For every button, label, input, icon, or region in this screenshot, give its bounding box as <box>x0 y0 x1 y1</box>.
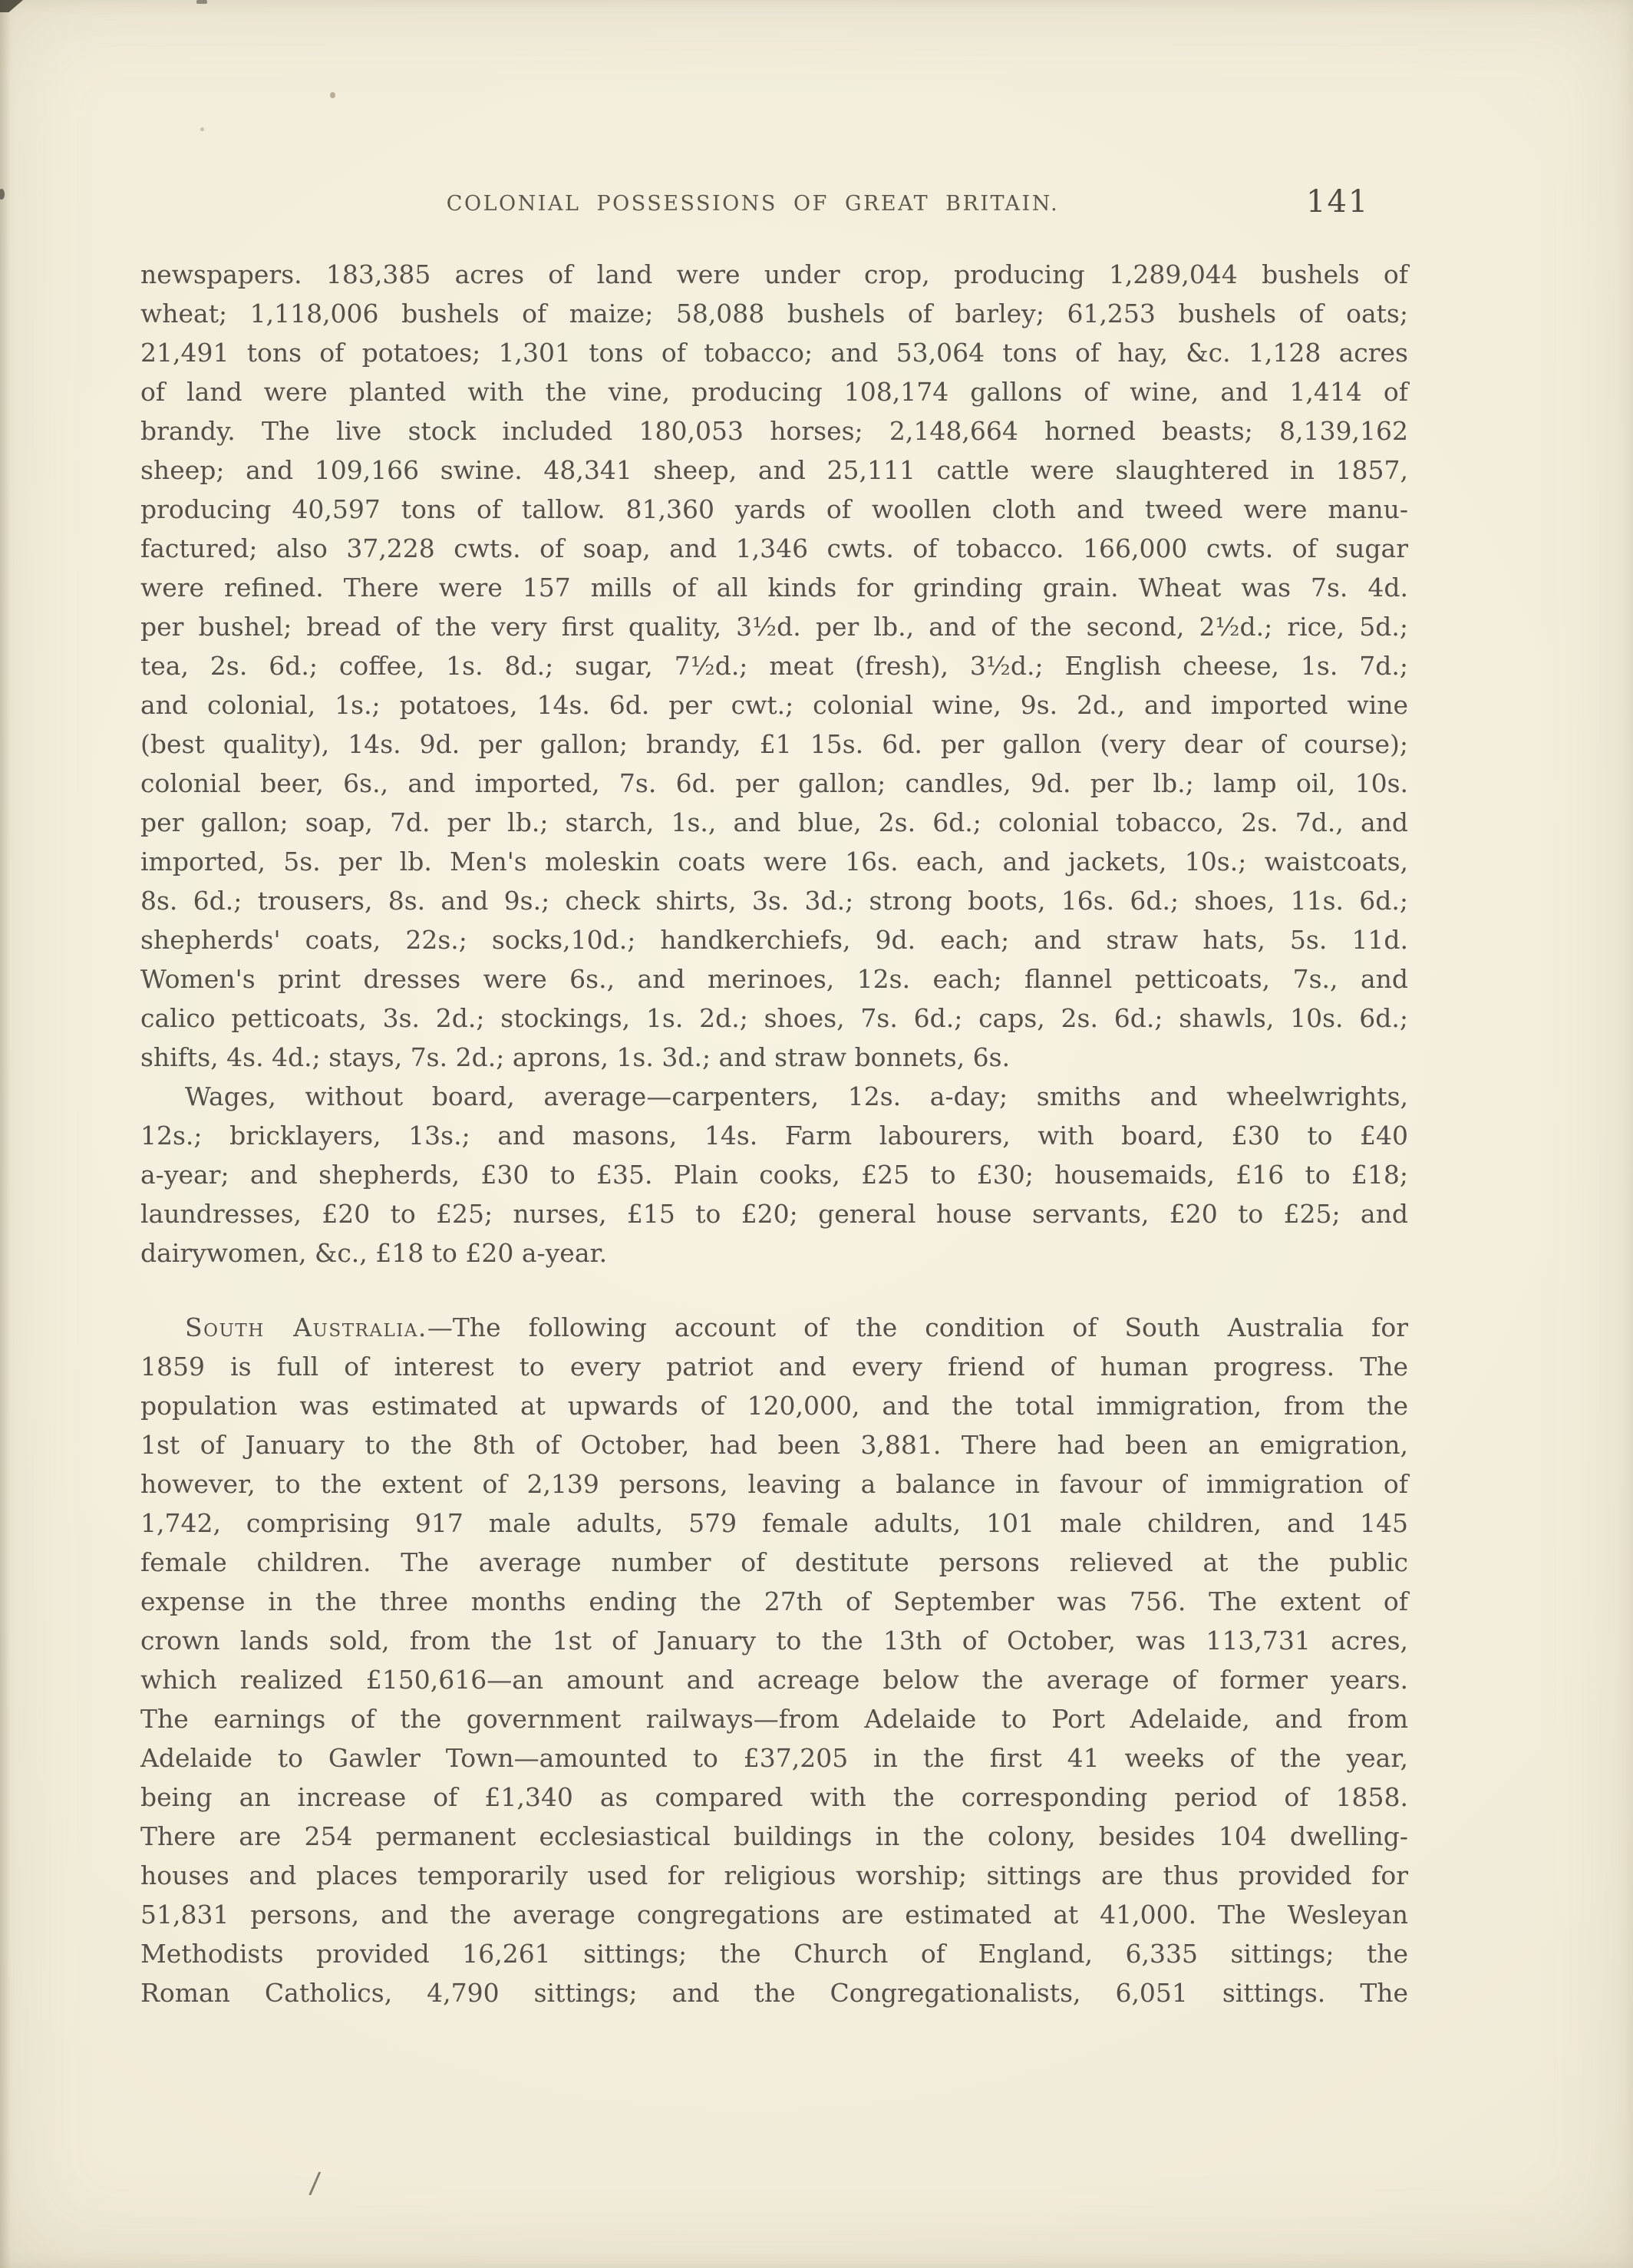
text-line: expense in the three months ending the 2… <box>140 1582 1408 1621</box>
page-number: 141 <box>1306 184 1369 220</box>
text-line: Wages, without board, average—carpenters… <box>140 1077 1408 1116</box>
text-line: Adelaide to Gawler Town—amounted to £37,… <box>140 1738 1408 1778</box>
text-line: crown lands sold, from the 1st of Januar… <box>140 1621 1408 1660</box>
text-line: 1859 is full of interest to every patrio… <box>140 1347 1408 1386</box>
text-line: 1,742, comprising 917 male adults, 579 f… <box>140 1504 1408 1543</box>
text-line: and colonial, 1s.; potatoes, 14s. 6d. pe… <box>140 685 1408 725</box>
text-line: Women's print dresses were 6s., and meri… <box>140 959 1408 999</box>
text-line: tea, 2s. 6d.; coffee, 1s. 8d.; sugar, 7½… <box>140 646 1408 685</box>
text-line: per gallon; soap, 7d. per lb.; starch, 1… <box>140 803 1408 842</box>
text-line: population was estimated at upwards of 1… <box>140 1386 1408 1425</box>
text-line: being an increase of £1,340 as compared … <box>140 1778 1408 1817</box>
text-line: calico petticoats, 3s. 2d.; stockings, 1… <box>140 999 1408 1038</box>
text-line: 21,491 tons of potatoes; 1,301 tons of t… <box>140 333 1408 372</box>
text-line: imported, 5s. per lb. Men's moleskin coa… <box>140 842 1408 881</box>
text-line: There are 254 permanent ecclesiastical b… <box>140 1817 1408 1856</box>
handwritten-slash-mark: / <box>308 2165 322 2200</box>
paragraph: South Australia.—The following account o… <box>140 1308 1408 2012</box>
text-line: shepherds' coats, 22s.; socks,10d.; hand… <box>140 920 1408 959</box>
text-line: factured; also 37,228 cwts. of soap, and… <box>140 529 1408 568</box>
book-page-scan: / COLONIAL POSSESSIONS OF GREAT BRITAIN.… <box>0 0 1633 2268</box>
text-line: (best quality), 14s. 9d. per gallon; bra… <box>140 725 1408 764</box>
text-line: dairywomen, &c., £18 to £20 a-year. <box>140 1233 1408 1273</box>
text-line: per bushel; bread of the very first qual… <box>140 607 1408 646</box>
text-line: which realized £150,616—an amount and ac… <box>140 1660 1408 1699</box>
text-line: colonial beer, 6s., and imported, 7s. 6d… <box>140 764 1408 803</box>
text-line: The earnings of the government railways—… <box>140 1699 1408 1738</box>
text-line: laundresses, £20 to £25; nurses, £15 to … <box>140 1194 1408 1233</box>
scan-top-tick <box>196 0 207 4</box>
running-header-title: COLONIAL POSSESSIONS OF GREAT BRITAIN. <box>119 192 1387 216</box>
text-line: wheat; 1,118,006 bushels of maize; 58,08… <box>140 294 1408 333</box>
scan-speck <box>200 127 204 131</box>
paragraph: Wages, without board, average—carpenters… <box>140 1077 1408 1273</box>
text-line: newspapers. 183,385 acres of land were u… <box>140 255 1408 294</box>
text-line: of land were planted with the vine, prod… <box>140 372 1408 411</box>
section-lead-smallcaps: South Australia. <box>185 1312 427 1342</box>
text-line: Roman Catholics, 4,790 sittings; and the… <box>140 1973 1408 2012</box>
text-line: a-year; and shepherds, £30 to £35. Plain… <box>140 1155 1408 1194</box>
paragraph: newspapers. 183,385 acres of land were u… <box>140 255 1408 1077</box>
text-line: producing 40,597 tons of tallow. 81,360 … <box>140 490 1408 529</box>
text-line: 1st of January to the 8th of October, ha… <box>140 1425 1408 1464</box>
text-line: 51,831 persons, and the average congrega… <box>140 1895 1408 1934</box>
scan-corner-mark <box>0 0 23 12</box>
text-line: however, to the extent of 2,139 persons,… <box>140 1464 1408 1504</box>
text-line: were refined. There were 157 mills of al… <box>140 568 1408 607</box>
text-line: Methodists provided 16,261 sittings; the… <box>140 1934 1408 1973</box>
scan-edge-speck <box>0 189 5 200</box>
text-line: South Australia.—The following account o… <box>140 1308 1408 1347</box>
text-line: 12s.; bricklayers, 13s.; and masons, 14s… <box>140 1116 1408 1155</box>
scan-speck <box>330 92 335 98</box>
text-line: shifts, 4s. 4d.; stays, 7s. 2d.; aprons,… <box>140 1038 1408 1077</box>
text-line: female children. The average number of d… <box>140 1543 1408 1582</box>
text-line: sheep; and 109,166 swine. 48,341 sheep, … <box>140 451 1408 490</box>
page-body-text: newspapers. 183,385 acres of land were u… <box>140 255 1408 2012</box>
text-line: 8s. 6d.; trousers, 8s. and 9s.; check sh… <box>140 881 1408 920</box>
text-line: brandy. The live stock included 180,053 … <box>140 411 1408 451</box>
text-line: houses and places temporarily used for r… <box>140 1856 1408 1895</box>
